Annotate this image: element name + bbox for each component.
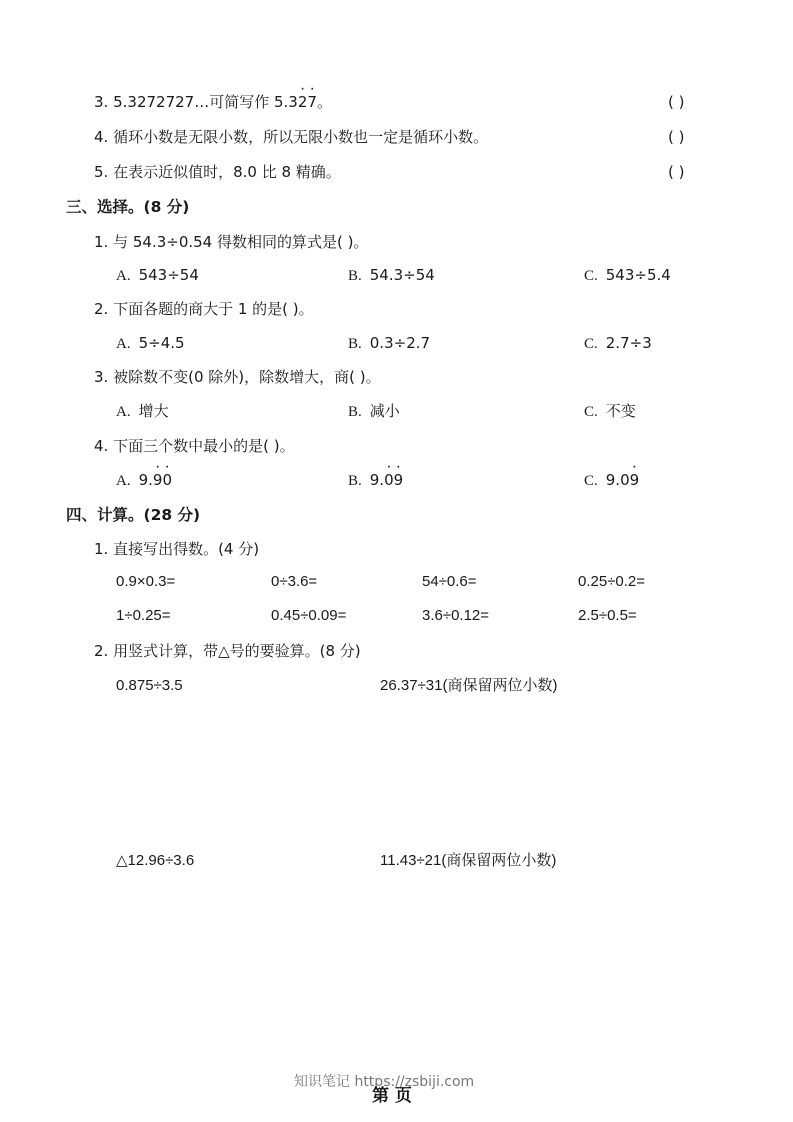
item-text: 循环小数是无限小数，所以无限小数也一定是循环小数。 bbox=[113, 128, 488, 146]
oral-calc-item[interactable]: 0.9×0.3= bbox=[116, 572, 175, 592]
question-number: 1. bbox=[94, 233, 108, 251]
option-b[interactable]: B.0.3÷2.7 bbox=[348, 333, 430, 354]
choice-question-1: 1. 与 54.3÷0.54 得数相同的算式是( )。 bbox=[94, 232, 368, 252]
judgment-item-4: 4. 循环小数是无限小数，所以无限小数也一定是循环小数。 bbox=[94, 127, 488, 147]
answer-blank[interactable]: ( ) bbox=[668, 92, 684, 112]
option-c[interactable]: C.2.7÷3 bbox=[584, 333, 652, 354]
vertical-calc-problem: 26.37÷31(商保留两位小数) bbox=[380, 676, 557, 696]
choice-question-2: 2. 下面各题的商大于 1 的是( )。 bbox=[94, 299, 314, 319]
answer-blank[interactable]: ( ) bbox=[668, 127, 684, 147]
vertical-calc-problem: 11.43÷21(商保留两位小数) bbox=[380, 851, 556, 871]
option-a[interactable]: A.9.·9·0 bbox=[116, 470, 172, 491]
question-number: 3. bbox=[94, 368, 108, 386]
section-title: 四、计算。(28 分) bbox=[66, 505, 200, 525]
choice-question-4: 4. 下面三个数中最小的是( )。 bbox=[94, 436, 295, 456]
vertical-calc-problem: △12.96÷3.6 bbox=[116, 851, 194, 871]
option-b[interactable]: B.9.·0·9 bbox=[348, 470, 403, 491]
oral-calc-item[interactable]: 1÷0.25= bbox=[116, 606, 171, 626]
judgment-item-5: 5. 在表示近似值时，8.0 比 8 精确。 bbox=[94, 162, 341, 182]
oral-calc-item[interactable]: 0÷3.6= bbox=[271, 572, 317, 592]
option-c[interactable]: C.543÷5.4 bbox=[584, 265, 671, 286]
option-c[interactable]: C.9.0·9 bbox=[584, 470, 639, 491]
subquestion-title: 2. 用竖式计算，带△号的要验算。(8 分) bbox=[94, 641, 361, 661]
option-b[interactable]: B.54.3÷54 bbox=[348, 265, 435, 286]
vertical-calc-problem: 0.875÷3.5 bbox=[116, 676, 183, 696]
choice-question-3: 3. 被除数不变(0 除外)，除数增大，商( )。 bbox=[94, 367, 381, 387]
oral-calc-item[interactable]: 3.6÷0.12= bbox=[422, 606, 489, 626]
judgment-item-3: 3. 5.3272727…可简写作 5.3·2·7。 bbox=[94, 92, 332, 112]
oral-calc-item[interactable]: 2.5÷0.5= bbox=[578, 606, 637, 626]
option-a[interactable]: A.543÷54 bbox=[116, 265, 199, 286]
question-text: 被除数不变(0 除外)，除数增大，商( )。 bbox=[113, 368, 381, 386]
question-text: 与 54.3÷0.54 得数相同的算式是( )。 bbox=[113, 233, 368, 251]
option-b[interactable]: B.减小 bbox=[348, 401, 400, 422]
subquestion-title: 1. 直接写出得数。(4 分) bbox=[94, 539, 259, 559]
question-text: 下面三个数中最小的是( )。 bbox=[113, 437, 294, 455]
item-text: 在表示近似值时，8.0 比 8 精确。 bbox=[113, 163, 341, 181]
oral-calc-item[interactable]: 0.25÷0.2= bbox=[578, 572, 645, 592]
question-text: 下面各题的商大于 1 的是( )。 bbox=[113, 300, 314, 318]
answer-blank[interactable]: ( ) bbox=[668, 162, 684, 182]
oral-calc-item[interactable]: 54÷0.6= bbox=[422, 572, 477, 592]
page-number: 第 页 bbox=[372, 1081, 412, 1106]
question-number: 2. bbox=[94, 300, 108, 318]
item-text: 5.3272727…可简写作 5.3·2·7。 bbox=[113, 93, 332, 111]
question-number: 4. bbox=[94, 437, 108, 455]
item-number: 4. bbox=[94, 128, 108, 146]
option-c[interactable]: C.不变 bbox=[584, 401, 636, 422]
item-number: 3. bbox=[94, 93, 108, 111]
item-number: 5. bbox=[94, 163, 108, 181]
option-a[interactable]: A.增大 bbox=[116, 401, 169, 422]
option-a[interactable]: A.5÷4.5 bbox=[116, 333, 185, 354]
section-title: 三、选择。(8 分) bbox=[66, 197, 189, 217]
oral-calc-item[interactable]: 0.45÷0.09= bbox=[271, 606, 346, 626]
